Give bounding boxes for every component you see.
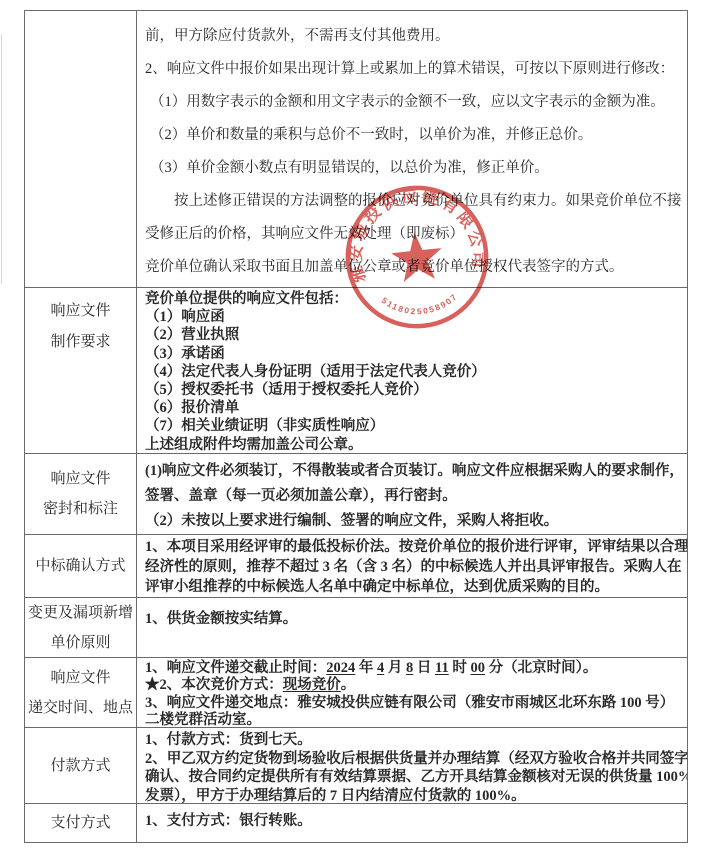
text-line: 确认、按合同约定提供所有有效结算票据、乙方开具结算金额核对无误的供货量 100% (145, 768, 683, 787)
label-line: 变更及漏项新增 (28, 598, 133, 628)
row-label: 响应文件 密封和标注 (25, 454, 137, 534)
text-line: （3）承诺函 (145, 345, 683, 363)
row-change-and-omission-pricing: 变更及漏项新增 单价原则 1、供货金额按实结算。 (25, 597, 687, 657)
text-line: 经济性的原则，推荐不超过 3 名（含 3 名）的中标候选人并出具评审报告。采购人… (145, 557, 683, 577)
submission-deadline-line: 1、响应文件递交截止时间：2024 年 4 月 8 日 11 时 00 分（北京… (145, 660, 683, 677)
label-line: 响应文件 (50, 464, 110, 494)
deadline-minute: 00 (470, 660, 485, 676)
text-line: （7）相关业绩证明（非实质性响应） (145, 417, 683, 435)
text-segment: 分（北京时间）。 (485, 660, 597, 676)
bidding-info-table: 前，甲方除应付货款外，不需再支付其他费用。 2、响应文件中报价如果出现计算上或累… (24, 10, 688, 843)
row-label: 中标确认方式 (25, 535, 137, 597)
text-line: （4）法定代表人身份证明（适用于法定代表人竞价） (145, 363, 683, 381)
row-content: 1、本项目采用经评审的最低投标价法。按竞价单位的报价进行评审，评审结果以合理 经… (137, 535, 687, 597)
text-line: （6）报价清单 (145, 399, 683, 417)
text-line: 竞价单位提供的响应文件包括： (145, 290, 683, 308)
bidding-method-line: ★2、本次竞价方式：现场竞价。 (145, 677, 683, 694)
text-line: 1、供货金额按实结算。 (145, 607, 683, 628)
row-label: 响应文件 递交时间、地点 (25, 658, 137, 727)
label-line: 响应文件 (50, 296, 110, 327)
text-line: 发票），甲方于办理结算后的 7 日内结清应付货款的 100%。 (145, 787, 683, 804)
text-line: 1、付款方式：货到七天。 (145, 731, 683, 750)
row-payment-method: 支付方式 1、支付方式：银行转账。 (25, 803, 687, 842)
label-line: 付款方式 (50, 751, 110, 781)
text-segment: 月 (384, 660, 406, 676)
text-line: （1）用数字表示的金额和用文字表示的金额不一致，应以文字表示的金额为准。 (145, 84, 683, 117)
label-line: 递交时间、地点 (28, 693, 133, 723)
row-content: (1)响应文件必须装订，不得散装或者合页装订。响应文件应根据采购人的要求制作， … (137, 454, 687, 534)
label-line: 单价原则 (50, 628, 110, 658)
scan-edge-artifact (1, 34, 2, 284)
row-label: 付款方式 (25, 728, 137, 803)
text-line: （5）授权委托书（适用于授权委托人竞价） (145, 381, 683, 399)
row-response-doc-sealing: 响应文件 密封和标注 (1)响应文件必须装订，不得散装或者合页装订。响应文件应根… (25, 453, 687, 534)
row-content: 1、付款方式：货到七天。 2、甲乙双方约定货物到场验收后根据供货量并办理结算（经… (137, 728, 687, 803)
text-line: 受修正后的价格，其响应文件无效处理（即废标） (145, 216, 683, 249)
row-content: 1、响应文件递交截止时间：2024 年 4 月 8 日 11 时 00 分（北京… (137, 658, 687, 727)
label-line: 中标确认方式 (35, 551, 125, 581)
row-response-doc-preparation: 响应文件 制作要求 竞价单位提供的响应文件包括： （1）响应函 （2）营业执照 … (25, 287, 687, 453)
text-line: （1）响应函 (145, 308, 683, 326)
bidding-method-value: 现场竞价 (283, 677, 341, 693)
row-award-confirmation: 中标确认方式 1、本项目采用经评审的最低投标价法。按竞价单位的报价进行评审，评审… (25, 534, 687, 597)
text-line: （3）单价金额小数点有明显错误的，以总价为准，修正单价。 (145, 150, 683, 183)
row-content: 竞价单位提供的响应文件包括： （1）响应函 （2）营业执照 （3）承诺函 （4）… (137, 288, 687, 453)
text-line: (1)响应文件必须装订，不得散装或者合页装订。响应文件应根据采购人的要求制作， (145, 459, 683, 484)
text-line: 按上述修正错误的方法调整的报价应对竞价单位具有约束力。如果竞价单位不接 (145, 183, 683, 216)
row-content: 1、供货金额按实结算。 (137, 598, 687, 657)
text-line: （2）单价和数量的乘积与总价不一致时，以单价为准，并修正总价。 (145, 117, 683, 150)
row-price-correction-rules: 前，甲方除应付货款外，不需再支付其他费用。 2、响应文件中报价如果出现计算上或累… (25, 11, 687, 287)
text-line: 上述组成附件均需加盖公司公章。 (145, 436, 683, 454)
row-label: 响应文件 制作要求 (25, 288, 137, 453)
row-label: 支付方式 (25, 804, 137, 842)
row-label-empty (25, 11, 137, 287)
text-line: （2）营业执照 (145, 326, 683, 344)
deadline-hour: 11 (435, 660, 449, 676)
text-segment: 。 (341, 677, 356, 693)
text-line: 1、本项目采用经评审的最低投标价法。按竞价单位的报价进行评审，评审结果以合理 (145, 537, 683, 557)
text-line: 2、响应文件中报价如果出现计算上或累加上的算术错误，可按以下原则进行修改： (145, 51, 683, 84)
row-submission-time-place: 响应文件 递交时间、地点 1、响应文件递交截止时间：2024 年 4 月 8 日… (25, 657, 687, 727)
text-line: 二楼党群活动室。 (145, 712, 683, 727)
row-content: 1、支付方式：银行转账。 (137, 804, 687, 842)
text-line: 前，甲方除应付货款外，不需再支付其他费用。 (145, 18, 683, 51)
text-line: 竞价单位确认采取书面且加盖单位公章或者竞价单位授权代表签字的方式。 (145, 249, 683, 282)
text-segment: 1、响应文件递交截止时间： (145, 660, 326, 676)
label-line: 支付方式 (50, 808, 110, 838)
text-line: 评审小组推荐的中标候选人名单中确定中标单位，达到优质采购的目的。 (145, 577, 683, 597)
row-content: 前，甲方除应付货款外，不需再支付其他费用。 2、响应文件中报价如果出现计算上或累… (137, 11, 687, 287)
text-segment: 日 (413, 660, 435, 676)
row-payment-terms: 付款方式 1、付款方式：货到七天。 2、甲乙双方约定货物到场验收后根据供货量并办… (25, 727, 687, 803)
label-line: 响应文件 (50, 663, 110, 693)
text-line: （2）未按以上要求进行编制、签署的响应文件，采购人将拒收。 (145, 509, 683, 534)
text-line: 1、支付方式：银行转账。 (145, 809, 683, 830)
text-line: 3、响应文件递交地点：雅安城投供应链有限公司（雅安市雨城区北环东路 100 号） (145, 695, 683, 712)
text-line: 签署、盖章（每一页必须加盖公章），再行密封。 (145, 484, 683, 509)
label-line: 制作要求 (50, 327, 110, 358)
text-segment: 时 (449, 660, 471, 676)
document-page: 前，甲方除应付货款外，不需再支付其他费用。 2、响应文件中报价如果出现计算上或累… (0, 0, 707, 851)
text-line: 2、甲乙双方约定货物到场验收后根据供货量并办理结算（经双方验收合格并共同签字 (145, 750, 683, 769)
text-segment: ★2、本次竞价方式： (145, 677, 283, 693)
text-segment: 年 (355, 660, 377, 676)
deadline-year: 2024 (326, 660, 355, 676)
label-line: 密封和标注 (43, 494, 118, 524)
row-label: 变更及漏项新增 单价原则 (25, 598, 137, 657)
